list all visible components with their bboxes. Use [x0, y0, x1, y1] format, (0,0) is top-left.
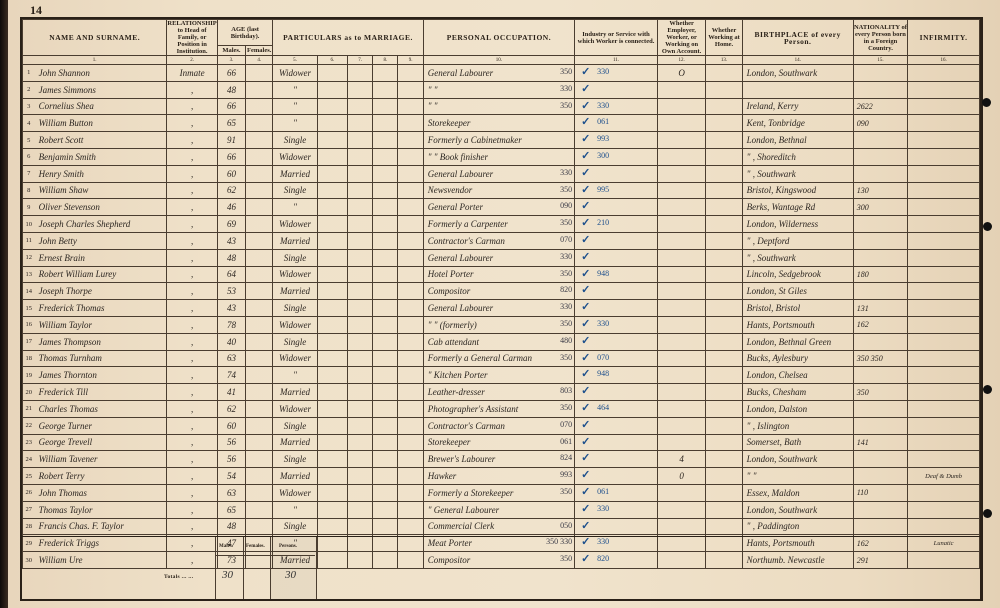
industry-code: 464: [597, 403, 609, 412]
relationship: ,: [167, 115, 217, 132]
age-female: [246, 518, 273, 535]
employer-status: [657, 148, 705, 165]
employer-status: [657, 232, 705, 249]
marriage-col-8: [373, 216, 398, 233]
marital-status: Widower: [273, 316, 317, 333]
census-row: 13Robert William Lurey,64WidowerHotel Po…: [23, 266, 980, 283]
occupation-code: 330: [560, 252, 572, 261]
occupation-text: Formerly a General Carman: [428, 353, 532, 363]
nationality-code: [853, 451, 908, 468]
header-infirmity: INFIRMITY.: [908, 20, 980, 56]
nationality-code: 162: [853, 316, 908, 333]
occupation: " " Book finisher: [423, 148, 574, 165]
occupation-text: General Labourer: [428, 68, 493, 78]
marriage-col-7: [348, 468, 373, 485]
age-female: [246, 216, 273, 233]
birthplace: London, Chelsea: [742, 367, 853, 384]
relationship: ,: [167, 165, 217, 182]
occupation: Photographer's Assistant350: [423, 400, 574, 417]
marriage-col-8: [373, 165, 398, 182]
industry-code: 300: [597, 151, 609, 160]
marriage-col-7: [348, 333, 373, 350]
working-at-home: [706, 165, 742, 182]
age-male: 66: [217, 148, 245, 165]
person-name: Francis Chas. F. Taylor: [35, 518, 167, 535]
age-male: 91: [217, 132, 245, 149]
marriage-col-9: [398, 518, 423, 535]
working-at-home: [706, 468, 742, 485]
totals-persons-box: Persons. 30: [270, 537, 317, 599]
check-mark-icon: ✓: [581, 216, 590, 229]
infirmity: [908, 266, 980, 283]
col-num: 6.: [317, 56, 347, 65]
marital-status: Single: [273, 417, 317, 434]
occupation: " "330: [423, 81, 574, 98]
occupation-code: 350: [560, 67, 572, 76]
marriage-col-7: [348, 199, 373, 216]
working-at-home: [706, 266, 742, 283]
occupation-text: " General Labourer: [428, 505, 499, 515]
infirmity: [908, 148, 980, 165]
working-at-home: [706, 300, 742, 317]
header-age-females: Females.: [246, 46, 273, 56]
age-female: [246, 283, 273, 300]
employer-status: 0: [657, 468, 705, 485]
check-mark-icon: ✓: [581, 435, 590, 448]
marriage-col-8: [373, 518, 398, 535]
infirmity: [908, 182, 980, 199]
check-mark-icon: ✓: [581, 267, 590, 280]
marital-status: Widower: [273, 266, 317, 283]
row-number: 20: [23, 384, 35, 401]
marital-status: Widower: [273, 216, 317, 233]
col-num: 15.: [853, 56, 908, 65]
industry-code: 061: [597, 117, 609, 126]
marriage-col-7: [348, 434, 373, 451]
marriage-col-6: [317, 400, 347, 417]
census-row: 27Thomas Taylor,65"" General Labourer✓33…: [23, 501, 980, 518]
occupation-text: Storekeeper: [428, 118, 471, 128]
age-male: 54: [217, 468, 245, 485]
nationality-code: 131: [853, 300, 908, 317]
infirmity: [908, 367, 980, 384]
working-at-home: [706, 98, 742, 115]
industry-code: 330: [597, 101, 609, 110]
age-female: [246, 98, 273, 115]
nationality-code: 350 350: [853, 350, 908, 367]
header-marriage: PARTICULARS as to MARRIAGE.: [273, 20, 423, 56]
occupation-code: 993: [560, 470, 572, 479]
census-table: NAME AND SURNAME. RELATIONSHIP to Head o…: [22, 19, 980, 569]
working-at-home: [706, 434, 742, 451]
age-male: 65: [217, 501, 245, 518]
occupation: Leather-dresser803: [423, 384, 574, 401]
row-number: 10: [23, 216, 35, 233]
birthplace: [742, 81, 853, 98]
marital-status: Married: [273, 232, 317, 249]
marriage-col-9: [398, 283, 423, 300]
totals-label: Totals ... ...: [164, 574, 193, 580]
nationality-code: [853, 518, 908, 535]
age-male: 43: [217, 232, 245, 249]
nationality-code: 180: [853, 266, 908, 283]
marital-status: Single: [273, 249, 317, 266]
employer-status: [657, 417, 705, 434]
working-at-home: [706, 65, 742, 82]
occupation-code: 820: [560, 285, 572, 294]
census-row: 10Joseph Charles Shepherd,69WidowerForme…: [23, 216, 980, 233]
birthplace: London, Wilderness: [742, 216, 853, 233]
working-at-home: [706, 518, 742, 535]
relationship: ,: [167, 132, 217, 149]
employer-status: [657, 199, 705, 216]
marriage-col-9: [398, 400, 423, 417]
age-male: 43: [217, 300, 245, 317]
birthplace: Essex, Maldon: [742, 484, 853, 501]
person-name: William Button: [35, 115, 167, 132]
check-mark-icon: ✓: [581, 317, 590, 330]
punch-hole: [982, 98, 991, 107]
age-female: [246, 132, 273, 149]
industry-code: 061: [597, 487, 609, 496]
marriage-col-7: [348, 115, 373, 132]
occupation-text: General Labourer: [428, 303, 493, 313]
marriage-col-8: [373, 384, 398, 401]
marriage-col-8: [373, 350, 398, 367]
occupation: Hawker993: [423, 468, 574, 485]
marriage-col-8: [373, 283, 398, 300]
marriage-col-7: [348, 283, 373, 300]
occupation: Hotel Porter350: [423, 266, 574, 283]
occupation: Contractor's Carman070: [423, 232, 574, 249]
marital-status: ": [273, 501, 317, 518]
col-num: 2.: [167, 56, 217, 65]
marriage-col-7: [348, 501, 373, 518]
birthplace: Hants, Portsmouth: [742, 316, 853, 333]
working-at-home: [706, 216, 742, 233]
col-num: 10.: [423, 56, 574, 65]
marriage-col-7: [348, 417, 373, 434]
census-row: 25Robert Terry,54MarriedHawker993✓0" "De…: [23, 468, 980, 485]
marriage-col-6: [317, 266, 347, 283]
header-industry: Industry or Service with which Worker is…: [575, 20, 658, 56]
working-at-home: [706, 333, 742, 350]
age-male: 78: [217, 316, 245, 333]
marriage-col-7: [348, 367, 373, 384]
employer-status: [657, 333, 705, 350]
occupation-code: 350: [560, 185, 572, 194]
marital-status: Single: [273, 132, 317, 149]
row-number: 8: [23, 182, 35, 199]
check-mark-icon: ✓: [581, 367, 590, 380]
occupation: Storekeeper061: [423, 434, 574, 451]
relationship: ,: [167, 484, 217, 501]
age-female: [246, 199, 273, 216]
employer-status: [657, 182, 705, 199]
industry: ✓330: [575, 316, 658, 333]
totals-persons-value: 30: [285, 569, 296, 581]
working-at-home: [706, 115, 742, 132]
employer-status: [657, 384, 705, 401]
marriage-col-9: [398, 333, 423, 350]
age-male: 40: [217, 333, 245, 350]
marriage-col-6: [317, 81, 347, 98]
industry: ✓: [575, 434, 658, 451]
col-num: 5.: [273, 56, 317, 65]
marital-status: Single: [273, 300, 317, 317]
birthplace: Bristol, Bristol: [742, 300, 853, 317]
age-male: 53: [217, 283, 245, 300]
person-name: William Taylor: [35, 316, 167, 333]
age-male: 60: [217, 417, 245, 434]
relationship: ,: [167, 468, 217, 485]
marriage-col-9: [398, 316, 423, 333]
industry: ✓: [575, 283, 658, 300]
occupation: Brewer's Labourer824: [423, 451, 574, 468]
industry: ✓: [575, 199, 658, 216]
occupation-code: 061: [560, 437, 572, 446]
industry: ✓061: [575, 115, 658, 132]
age-male: 66: [217, 65, 245, 82]
marriage-col-9: [398, 451, 423, 468]
occupation-code: 350: [560, 487, 572, 496]
age-male: 46: [217, 199, 245, 216]
nationality-code: [853, 283, 908, 300]
birthplace: Lincoln, Sedgebrook: [742, 266, 853, 283]
age-male: 74: [217, 367, 245, 384]
person-name: Frederick Till: [35, 384, 167, 401]
industry: ✓464: [575, 400, 658, 417]
age-male: 69: [217, 216, 245, 233]
check-mark-icon: ✓: [581, 82, 590, 95]
industry-code: 995: [597, 185, 609, 194]
row-number: 5: [23, 132, 35, 149]
marriage-col-6: [317, 216, 347, 233]
marriage-col-6: [317, 434, 347, 451]
occupation: Storekeeper: [423, 115, 574, 132]
census-row: 3Cornelius Shea,66"" "350✓330Ireland, Ke…: [23, 98, 980, 115]
age-female: [246, 148, 273, 165]
employer-status: [657, 316, 705, 333]
relationship: ,: [167, 451, 217, 468]
marriage-col-9: [398, 468, 423, 485]
marriage-col-6: [317, 199, 347, 216]
marriage-col-8: [373, 98, 398, 115]
col-num: 8.: [373, 56, 398, 65]
marriage-col-8: [373, 199, 398, 216]
nationality-code: [853, 333, 908, 350]
age-female: [246, 165, 273, 182]
age-male: 41: [217, 384, 245, 401]
marital-status: Married: [273, 165, 317, 182]
check-mark-icon: ✓: [581, 485, 590, 498]
nationality-code: 130: [853, 182, 908, 199]
industry: ✓: [575, 468, 658, 485]
occupation-code: 824: [560, 453, 572, 462]
marital-status: Single: [273, 451, 317, 468]
row-number: 25: [23, 468, 35, 485]
marriage-col-9: [398, 434, 423, 451]
employer-status: [657, 165, 705, 182]
marriage-col-6: [317, 501, 347, 518]
row-number: 12: [23, 249, 35, 266]
census-row: 22George Turner,60SingleContractor's Car…: [23, 417, 980, 434]
occupation-code: 330: [560, 168, 572, 177]
header-occupation: PERSONAL OCCUPATION.: [423, 20, 574, 56]
row-number: 11: [23, 232, 35, 249]
nationality-code: [853, 232, 908, 249]
relationship: ,: [167, 98, 217, 115]
relationship: ,: [167, 518, 217, 535]
marital-status: Widower: [273, 400, 317, 417]
check-mark-icon: ✓: [581, 519, 590, 532]
occupation-code: 330: [560, 84, 572, 93]
occupation: " "350: [423, 98, 574, 115]
working-at-home: [706, 232, 742, 249]
marriage-col-7: [348, 400, 373, 417]
census-row: 17James Thompson,40SingleCab attendant48…: [23, 333, 980, 350]
nationality-code: [853, 148, 908, 165]
occupation-code: 070: [560, 420, 572, 429]
employer-status: [657, 501, 705, 518]
employer-status: [657, 484, 705, 501]
row-number: 15: [23, 300, 35, 317]
infirmity: [908, 518, 980, 535]
nationality-code: [853, 468, 908, 485]
col-num: 12.: [657, 56, 705, 65]
row-number: 7: [23, 165, 35, 182]
relationship: ,: [167, 300, 217, 317]
industry: ✓: [575, 518, 658, 535]
occupation-text: Newsvendor: [428, 185, 473, 195]
birthplace: London, Southwark: [742, 65, 853, 82]
birthplace: London, Bethnal Green: [742, 333, 853, 350]
person-name: John Thomas: [35, 484, 167, 501]
birthplace: Bucks, Aylesbury: [742, 350, 853, 367]
industry: ✓: [575, 417, 658, 434]
row-number: 28: [23, 518, 35, 535]
infirmity: [908, 81, 980, 98]
person-name: Henry Smith: [35, 165, 167, 182]
person-name: George Trevell: [35, 434, 167, 451]
working-at-home: [706, 484, 742, 501]
col-num: 1.: [23, 56, 167, 65]
marriage-col-9: [398, 249, 423, 266]
nationality-code: [853, 65, 908, 82]
marriage-col-9: [398, 148, 423, 165]
person-name: Robert Scott: [35, 132, 167, 149]
marriage-col-8: [373, 182, 398, 199]
occupation: General Labourer330: [423, 249, 574, 266]
working-at-home: [706, 249, 742, 266]
check-mark-icon: ✓: [581, 502, 590, 515]
marriage-col-6: [317, 148, 347, 165]
marriage-col-7: [348, 148, 373, 165]
punch-hole: [983, 222, 992, 231]
age-male: 66: [217, 98, 245, 115]
marriage-col-6: [317, 232, 347, 249]
column-numbers-row: 1. 2. 3. 4. 5. 6. 7. 8. 9. 10. 11. 12. 1…: [23, 56, 980, 65]
relationship: ,: [167, 148, 217, 165]
row-number: 4: [23, 115, 35, 132]
age-female: [246, 417, 273, 434]
census-row: 8William Shaw,62SingleNewsvendor350✓995B…: [23, 182, 980, 199]
census-row: 16William Taylor,78Widower" " (formerly)…: [23, 316, 980, 333]
nationality-code: 141: [853, 434, 908, 451]
nationality-code: [853, 249, 908, 266]
punch-hole: [983, 385, 992, 394]
industry: ✓: [575, 249, 658, 266]
industry: ✓061: [575, 484, 658, 501]
row-number: 21: [23, 400, 35, 417]
industry: ✓: [575, 333, 658, 350]
row-number: 18: [23, 350, 35, 367]
row-number: 19: [23, 367, 35, 384]
age-male: 63: [217, 350, 245, 367]
marriage-col-9: [398, 484, 423, 501]
marriage-col-9: [398, 232, 423, 249]
marriage-col-7: [348, 216, 373, 233]
marriage-col-6: [317, 451, 347, 468]
row-number: 3: [23, 98, 35, 115]
employer-status: [657, 283, 705, 300]
age-male: 56: [217, 434, 245, 451]
occupation: " Kitchen Porter: [423, 367, 574, 384]
occupation-text: Photographer's Assistant: [428, 404, 519, 414]
birthplace: " , Paddington: [742, 518, 853, 535]
totals-females-header: Females.: [246, 544, 265, 549]
row-number: 13: [23, 266, 35, 283]
person-name: Joseph Thorpe: [35, 283, 167, 300]
age-male: 48: [217, 81, 245, 98]
nationality-code: 090: [853, 115, 908, 132]
census-sheet: NAME AND SURNAME. RELATIONSHIP to Head o…: [20, 17, 983, 601]
marriage-col-9: [398, 115, 423, 132]
age-male: 63: [217, 484, 245, 501]
person-name: John Shannon: [35, 65, 167, 82]
person-name: Cornelius Shea: [35, 98, 167, 115]
marriage-col-6: [317, 417, 347, 434]
relationship: ,: [167, 182, 217, 199]
census-row: 19James Thornton,74"" Kitchen Porter✓948…: [23, 367, 980, 384]
row-number: 23: [23, 434, 35, 451]
check-mark-icon: ✓: [581, 99, 590, 112]
marriage-col-6: [317, 182, 347, 199]
employer-status: [657, 115, 705, 132]
occupation-text: Formerly a Cabinetmaker: [428, 135, 522, 145]
working-at-home: [706, 132, 742, 149]
row-number: 27: [23, 501, 35, 518]
person-name: Robert William Lurey: [35, 266, 167, 283]
age-female: [246, 451, 273, 468]
check-mark-icon: ✓: [581, 233, 590, 246]
infirmity: [908, 165, 980, 182]
marriage-col-8: [373, 316, 398, 333]
working-at-home: [706, 501, 742, 518]
occupation-text: " " Book finisher: [428, 152, 488, 162]
occupation-text: Formerly a Carpenter: [428, 219, 508, 229]
birthplace: London, Southwark: [742, 501, 853, 518]
marriage-col-7: [348, 384, 373, 401]
marital-status: Married: [273, 283, 317, 300]
header-age: AGE (last Birthday).: [217, 20, 273, 46]
occupation-code: 350: [560, 218, 572, 227]
marriage-col-7: [348, 81, 373, 98]
occupation-text: Contractor's Carman: [428, 236, 505, 246]
marital-status: Widower: [273, 484, 317, 501]
relationship: ,: [167, 434, 217, 451]
industry: ✓993: [575, 132, 658, 149]
